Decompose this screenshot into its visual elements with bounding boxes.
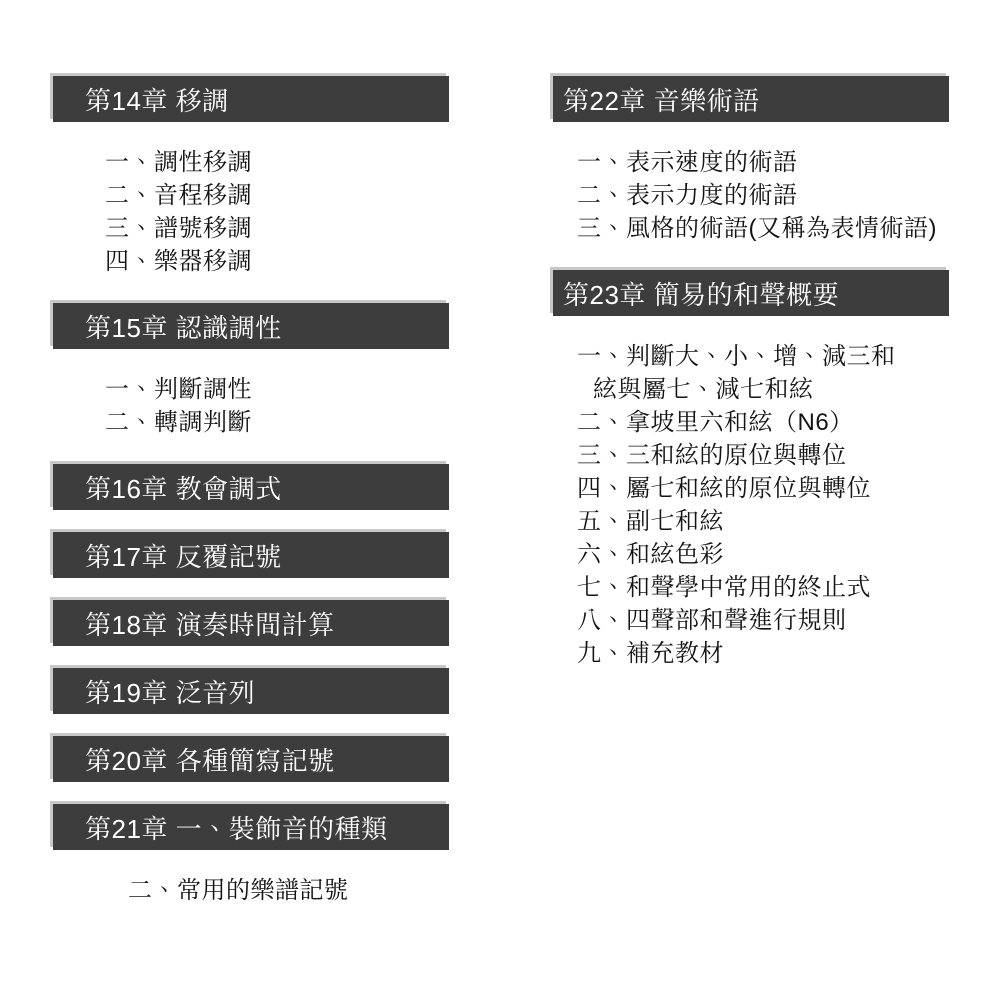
chapter-banner-label: 第19章 泛音列 [85, 673, 255, 710]
chapter-banner-label: 第18章 演奏時間計算 [85, 605, 335, 642]
toc-column-left: 第14章 移調一、調性移調二、音程移調三、譜號移調四、樂器移調第15章 認識調性… [53, 76, 449, 932]
chapter-banner-label: 第17章 反覆記號 [85, 537, 282, 574]
toc-item: 二、常用的樂譜記號 [53, 874, 449, 907]
chapter-item-list: 一、表示速度的術語二、表示力度的術語三、風格的術語(又稱為表情術語) [553, 146, 949, 245]
toc-item: 五、副七和絃 [553, 505, 949, 538]
chapter-banner: 第22章 音樂術語 [553, 76, 949, 122]
toc-item: 三、三和絃的原位與轉位 [553, 439, 949, 472]
toc-item: 四、屬七和絃的原位與轉位 [553, 472, 949, 505]
chapter-banner: 第17章 反覆記號 [53, 532, 449, 578]
chapter-banner-label: 第23章 簡易的和聲概要 [563, 275, 839, 312]
toc-item: 一、調性移調 [53, 146, 449, 179]
chapter-item-list: 一、判斷大、小、增、減三和絃與屬七、減七和絃二、拿坡里六和絃（N6）三、三和絃的… [553, 340, 949, 670]
toc-item: 二、表示力度的術語 [553, 179, 949, 212]
toc-item: 二、拿坡里六和絃（N6） [553, 406, 949, 439]
chapter-banner: 第23章 簡易的和聲概要 [553, 270, 949, 316]
chapter-banner: 第16章 教會調式 [53, 464, 449, 510]
toc-item: 一、表示速度的術語 [553, 146, 949, 179]
chapter-banner-label: 第14章 移調 [85, 81, 229, 118]
chapter-item-list: 一、調性移調二、音程移調三、譜號移調四、樂器移調 [53, 146, 449, 278]
toc-item: 三、風格的術語(又稱為表情術語) [553, 212, 949, 245]
toc-page: 第14章 移調一、調性移調二、音程移調三、譜號移調四、樂器移調第15章 認識調性… [0, 0, 1000, 1000]
chapter-banner: 第14章 移調 [53, 76, 449, 122]
chapter-banner: 第19章 泛音列 [53, 668, 449, 714]
chapter-banner: 第21章 一、裝飾音的種類 [53, 804, 449, 850]
chapter-banner: 第20章 各種簡寫記號 [53, 736, 449, 782]
toc-item: 三、譜號移調 [53, 212, 449, 245]
chapter-banner: 第15章 認識調性 [53, 303, 449, 349]
toc-item: 一、判斷大、小、增、減三和 [553, 340, 949, 373]
chapter-banner: 第18章 演奏時間計算 [53, 600, 449, 646]
chapter-banner-label: 第20章 各種簡寫記號 [85, 741, 335, 778]
chapter-banner-label: 第15章 認識調性 [85, 308, 282, 345]
chapter-banner-label: 第16章 教會調式 [85, 469, 282, 506]
chapter-banner-label: 第21章 一、裝飾音的種類 [85, 809, 388, 846]
toc-item: 八、四聲部和聲進行規則 [553, 604, 949, 637]
chapter-item-list: 二、常用的樂譜記號 [53, 874, 449, 907]
toc-item: 一、判斷調性 [53, 373, 449, 406]
toc-item: 二、轉調判斷 [53, 406, 449, 439]
chapter-item-list: 一、判斷調性二、轉調判斷 [53, 373, 449, 439]
toc-item: 六、和絃色彩 [553, 538, 949, 571]
toc-column-right: 第22章 音樂術語一、表示速度的術語二、表示力度的術語三、風格的術語(又稱為表情… [553, 76, 949, 695]
toc-item: 絃與屬七、減七和絃 [553, 373, 949, 406]
toc-item: 七、和聲學中常用的終止式 [553, 571, 949, 604]
toc-item: 九、補充教材 [553, 637, 949, 670]
toc-item: 二、音程移調 [53, 179, 449, 212]
toc-item: 四、樂器移調 [53, 245, 449, 278]
chapter-banner-label: 第22章 音樂術語 [563, 81, 760, 118]
